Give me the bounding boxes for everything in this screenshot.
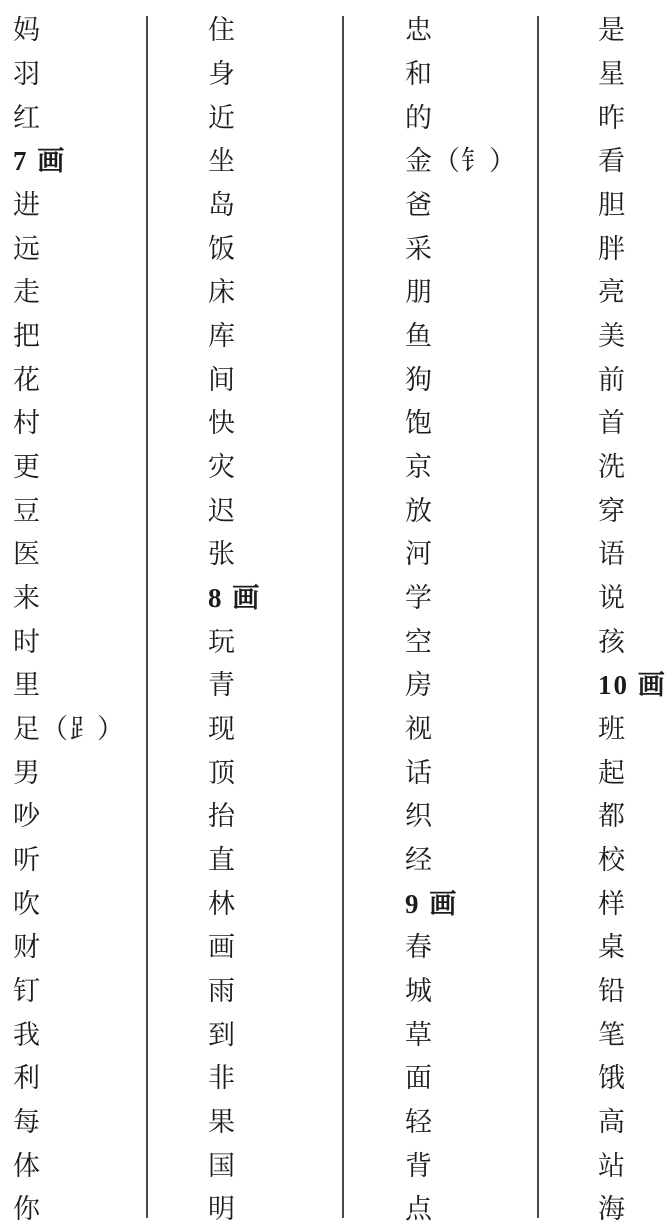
char-column: 妈羽红7 画进远走把花村更豆医来时里足（⻊）男吵听吹财钉我利每体你 — [13, 6, 125, 1229]
char-entry: 库 — [208, 312, 261, 356]
char-entry: 更 — [13, 443, 125, 487]
char-entry: 妈 — [13, 6, 125, 50]
char-entry: 男 — [13, 748, 125, 792]
char-entry: 空 — [405, 617, 517, 661]
char-entry: 是 — [598, 6, 667, 50]
char-entry: 金（钅） — [405, 137, 517, 181]
char-entry: 春 — [405, 923, 517, 967]
char-entry: 语 — [598, 530, 667, 574]
column-divider — [342, 16, 344, 1218]
char-entry: 财 — [13, 923, 125, 967]
char-entry: 来 — [13, 574, 125, 618]
char-entry: 织 — [405, 792, 517, 836]
char-entry: 铅 — [598, 967, 667, 1011]
char-entry: 京 — [405, 443, 517, 487]
char-entry: 住 — [208, 6, 261, 50]
char-entry: 桌 — [598, 923, 667, 967]
char-entry: 玩 — [208, 617, 261, 661]
char-entry: 草 — [405, 1010, 517, 1054]
char-column: 忠和的金（钅）爸采朋鱼狗饱京放河学空房视话织经9 画春城草面轻背点 — [405, 6, 517, 1229]
char-entry: 雨 — [208, 967, 261, 1011]
char-entry: 经 — [405, 836, 517, 880]
char-entry: 豆 — [13, 486, 125, 530]
char-entry: 昨 — [598, 93, 667, 137]
char-entry: 红 — [13, 93, 125, 137]
char-entry: 顶 — [208, 748, 261, 792]
char-entry: 孩 — [598, 617, 667, 661]
char-entry: 吹 — [13, 879, 125, 923]
char-entry: 星 — [598, 50, 667, 94]
char-entry: 花 — [13, 355, 125, 399]
char-entry: 背 — [405, 1141, 517, 1185]
char-entry: 狗 — [405, 355, 517, 399]
char-entry: 青 — [208, 661, 261, 705]
document-page: 妈羽红7 画进远走把花村更豆医来时里足（⻊）男吵听吹财钉我利每体你 住身近坐岛饭… — [0, 0, 667, 1229]
char-entry: 学 — [405, 574, 517, 618]
char-entry: 都 — [598, 792, 667, 836]
char-entry: 站 — [598, 1141, 667, 1185]
char-entry: 河 — [405, 530, 517, 574]
char-entry: 看 — [598, 137, 667, 181]
char-entry: 果 — [208, 1098, 261, 1142]
char-entry: 远 — [13, 224, 125, 268]
char-entry: 明 — [208, 1185, 261, 1229]
char-entry: 到 — [208, 1010, 261, 1054]
char-entry: 利 — [13, 1054, 125, 1098]
char-entry: 饿 — [598, 1054, 667, 1098]
char-entry: 城 — [405, 967, 517, 1011]
char-entry: 房 — [405, 661, 517, 705]
char-entry: 我 — [13, 1010, 125, 1054]
char-entry: 点 — [405, 1185, 517, 1229]
char-entry: 穿 — [598, 486, 667, 530]
char-entry: 张 — [208, 530, 261, 574]
char-entry: 画 — [208, 923, 261, 967]
char-entry: 进 — [13, 181, 125, 225]
char-entry: 胖 — [598, 224, 667, 268]
char-entry: 非 — [208, 1054, 261, 1098]
char-entry: 灾 — [208, 443, 261, 487]
char-entry: 国 — [208, 1141, 261, 1185]
char-entry: 班 — [598, 705, 667, 749]
char-entry: 朋 — [405, 268, 517, 312]
char-entry: 爸 — [405, 181, 517, 225]
stroke-count-header: 9 画 — [405, 879, 517, 923]
char-entry: 钉 — [13, 967, 125, 1011]
char-entry: 轻 — [405, 1098, 517, 1142]
char-entry: 你 — [13, 1185, 125, 1229]
char-entry: 鱼 — [405, 312, 517, 356]
char-column: 是星昨看胆胖亮美前首洗穿语说孩10 画班起都校样桌铅笔饿高站海 — [598, 6, 667, 1229]
stroke-count-header: 8 画 — [208, 574, 261, 618]
char-entry: 体 — [13, 1141, 125, 1185]
char-entry: 饱 — [405, 399, 517, 443]
char-entry: 近 — [208, 93, 261, 137]
char-column: 住身近坐岛饭床库间快灾迟张8 画玩青现顶抬直林画雨到非果国明 — [208, 6, 261, 1229]
char-entry: 间 — [208, 355, 261, 399]
char-entry: 足（⻊） — [13, 705, 125, 749]
char-entry: 听 — [13, 836, 125, 880]
char-entry: 时 — [13, 617, 125, 661]
char-entry: 海 — [598, 1185, 667, 1229]
char-entry: 首 — [598, 399, 667, 443]
char-entry: 亮 — [598, 268, 667, 312]
char-entry: 美 — [598, 312, 667, 356]
char-entry: 样 — [598, 879, 667, 923]
char-entry: 放 — [405, 486, 517, 530]
char-entry: 说 — [598, 574, 667, 618]
char-entry: 前 — [598, 355, 667, 399]
stroke-count-header: 7 画 — [13, 137, 125, 181]
char-entry: 和 — [405, 50, 517, 94]
char-entry: 视 — [405, 705, 517, 749]
char-entry: 采 — [405, 224, 517, 268]
char-entry: 快 — [208, 399, 261, 443]
char-entry: 林 — [208, 879, 261, 923]
char-entry: 面 — [405, 1054, 517, 1098]
char-entry: 迟 — [208, 486, 261, 530]
char-entry: 羽 — [13, 50, 125, 94]
char-entry: 直 — [208, 836, 261, 880]
char-entry: 坐 — [208, 137, 261, 181]
char-entry: 笔 — [598, 1010, 667, 1054]
char-entry: 医 — [13, 530, 125, 574]
char-entry: 岛 — [208, 181, 261, 225]
char-entry: 床 — [208, 268, 261, 312]
char-entry: 忠 — [405, 6, 517, 50]
char-entry: 洗 — [598, 443, 667, 487]
char-entry: 校 — [598, 836, 667, 880]
char-entry: 高 — [598, 1098, 667, 1142]
char-entry: 胆 — [598, 181, 667, 225]
char-entry: 抬 — [208, 792, 261, 836]
char-entry: 现 — [208, 705, 261, 749]
char-entry: 吵 — [13, 792, 125, 836]
column-divider — [537, 16, 539, 1218]
char-entry: 把 — [13, 312, 125, 356]
char-entry: 起 — [598, 748, 667, 792]
char-entry: 饭 — [208, 224, 261, 268]
char-entry: 每 — [13, 1098, 125, 1142]
char-entry: 里 — [13, 661, 125, 705]
char-entry: 村 — [13, 399, 125, 443]
stroke-count-header: 10 画 — [598, 661, 667, 705]
char-entry: 身 — [208, 50, 261, 94]
char-entry: 的 — [405, 93, 517, 137]
char-entry: 话 — [405, 748, 517, 792]
column-divider — [146, 16, 148, 1218]
char-entry: 走 — [13, 268, 125, 312]
